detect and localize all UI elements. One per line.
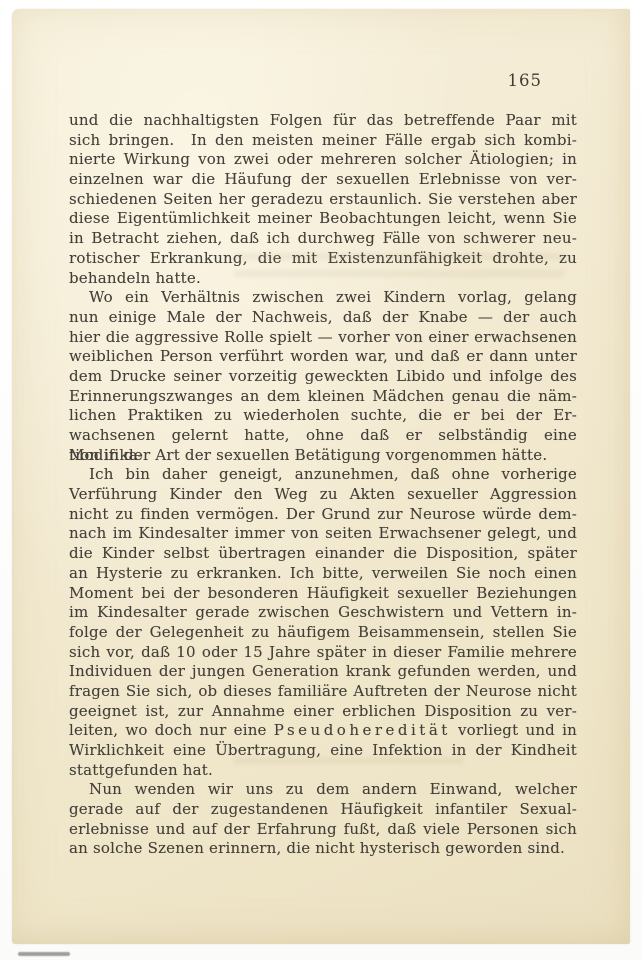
text-line: hier die aggressive Rolle spielt — vorhe… <box>69 328 577 348</box>
text-line: Moment bei der besonderen Häufigkeit sex… <box>69 584 577 604</box>
text-line: tion in der Art der sexuellen Betätigung… <box>69 446 577 466</box>
text-line: nun einige Male der Nachweis, daß der Kn… <box>69 308 577 328</box>
text-line: Nun wenden wir uns zu dem andern Einwand… <box>69 780 577 800</box>
text-line: sich bringen. In den meisten meiner Fäll… <box>69 131 577 151</box>
paragraph: Nun wenden wir uns zu dem andern Einwand… <box>69 780 577 859</box>
text-line: Wirklichkeit eine Übertragung, eine Infe… <box>69 741 577 761</box>
text-line: gerade auf der zugestandenen Häufigkeit … <box>69 800 577 820</box>
text-line: in Betracht ziehen, daß ich durchweg Fäl… <box>69 229 577 249</box>
text-line: dem Drucke seiner vorzeitig geweckten Li… <box>69 367 577 387</box>
text-line: Wo ein Verhältnis zwischen zwei Kindern … <box>69 288 577 308</box>
text-line: leiten, wo doch nur eine Pseudoheredität… <box>69 721 577 741</box>
text-line: Ich bin daher geneigt, anzunehmen, daß o… <box>69 465 577 485</box>
paragraph: Wo ein Verhältnis zwischen zwei Kindern … <box>69 288 577 465</box>
text-line: fragen Sie sich, ob dieses familiäre Auf… <box>69 682 577 702</box>
text-line: stattgefunden hat. <box>69 761 577 781</box>
text-line: behandeln hatte. <box>69 269 577 289</box>
text-line: Erinnerungszwanges an dem kleinen Mädche… <box>69 387 577 407</box>
text-line: weiblichen Person verführt worden war, u… <box>69 347 577 367</box>
text-line: schiedenen Seiten her geradezu erstaunli… <box>69 190 577 210</box>
text-line: nach im Kindesalter immer von seiten Erw… <box>69 524 577 544</box>
text-block: und die nachhaltigsten Folgen für das be… <box>69 111 577 859</box>
text-line: diese Eigentümlichkeit meiner Beobachtun… <box>69 209 577 229</box>
text-line: Verführung Kinder den Weg zu Akten sexue… <box>69 485 577 505</box>
scan-edge-artifact <box>18 952 70 956</box>
text-line: rotischer Erkrankung, die mit Existenzun… <box>69 249 577 269</box>
text-line: Individuen der jungen Generation krank g… <box>69 662 577 682</box>
text-line: die Kinder selbst übertragen einander di… <box>69 544 577 564</box>
text-line: im Kindesalter gerade zwischen Geschwist… <box>69 603 577 623</box>
page-number: 165 <box>12 71 542 90</box>
text-line: einzelnen war die Häufung der sexuellen … <box>69 170 577 190</box>
paragraph: und die nachhaltigsten Folgen für das be… <box>69 111 577 288</box>
scanned-book-page: 165 und die nachhaltigsten Folgen für da… <box>0 0 642 960</box>
text-line: und die nachhaltigsten Folgen für das be… <box>69 111 577 131</box>
emphasized-word: Pseudoheredität <box>274 721 451 739</box>
text-line: nicht zu finden vermögen. Der Grund zur … <box>69 505 577 525</box>
text-line: wachsenen gelernt hatte, ohne daß er sel… <box>69 426 577 446</box>
paragraph: Ich bin daher geneigt, anzunehmen, daß o… <box>69 465 577 780</box>
text-line: erlebnisse und auf der Erfahrung fußt, d… <box>69 820 577 840</box>
text-segment: vorliegt und in <box>451 721 577 739</box>
text-segment: leiten, wo doch nur eine <box>69 721 274 739</box>
text-line: an solche Szenen erinnern, die nicht hys… <box>69 839 577 859</box>
text-line: geeignet ist, zur Annahme einer erbliche… <box>69 702 577 722</box>
text-line: sich vor, daß 10 oder 15 Jahre später in… <box>69 643 577 663</box>
text-line: lichen Praktiken zu wiederholen suchte, … <box>69 406 577 426</box>
text-line: folge der Gelegenheit zu häufigem Beisam… <box>69 623 577 643</box>
text-line: nierte Wirkung von zwei oder mehreren so… <box>69 150 577 170</box>
text-line: an Hysterie zu erkranken. Ich bitte, ver… <box>69 564 577 584</box>
page-sheet: 165 und die nachhaltigsten Folgen für da… <box>12 9 630 944</box>
